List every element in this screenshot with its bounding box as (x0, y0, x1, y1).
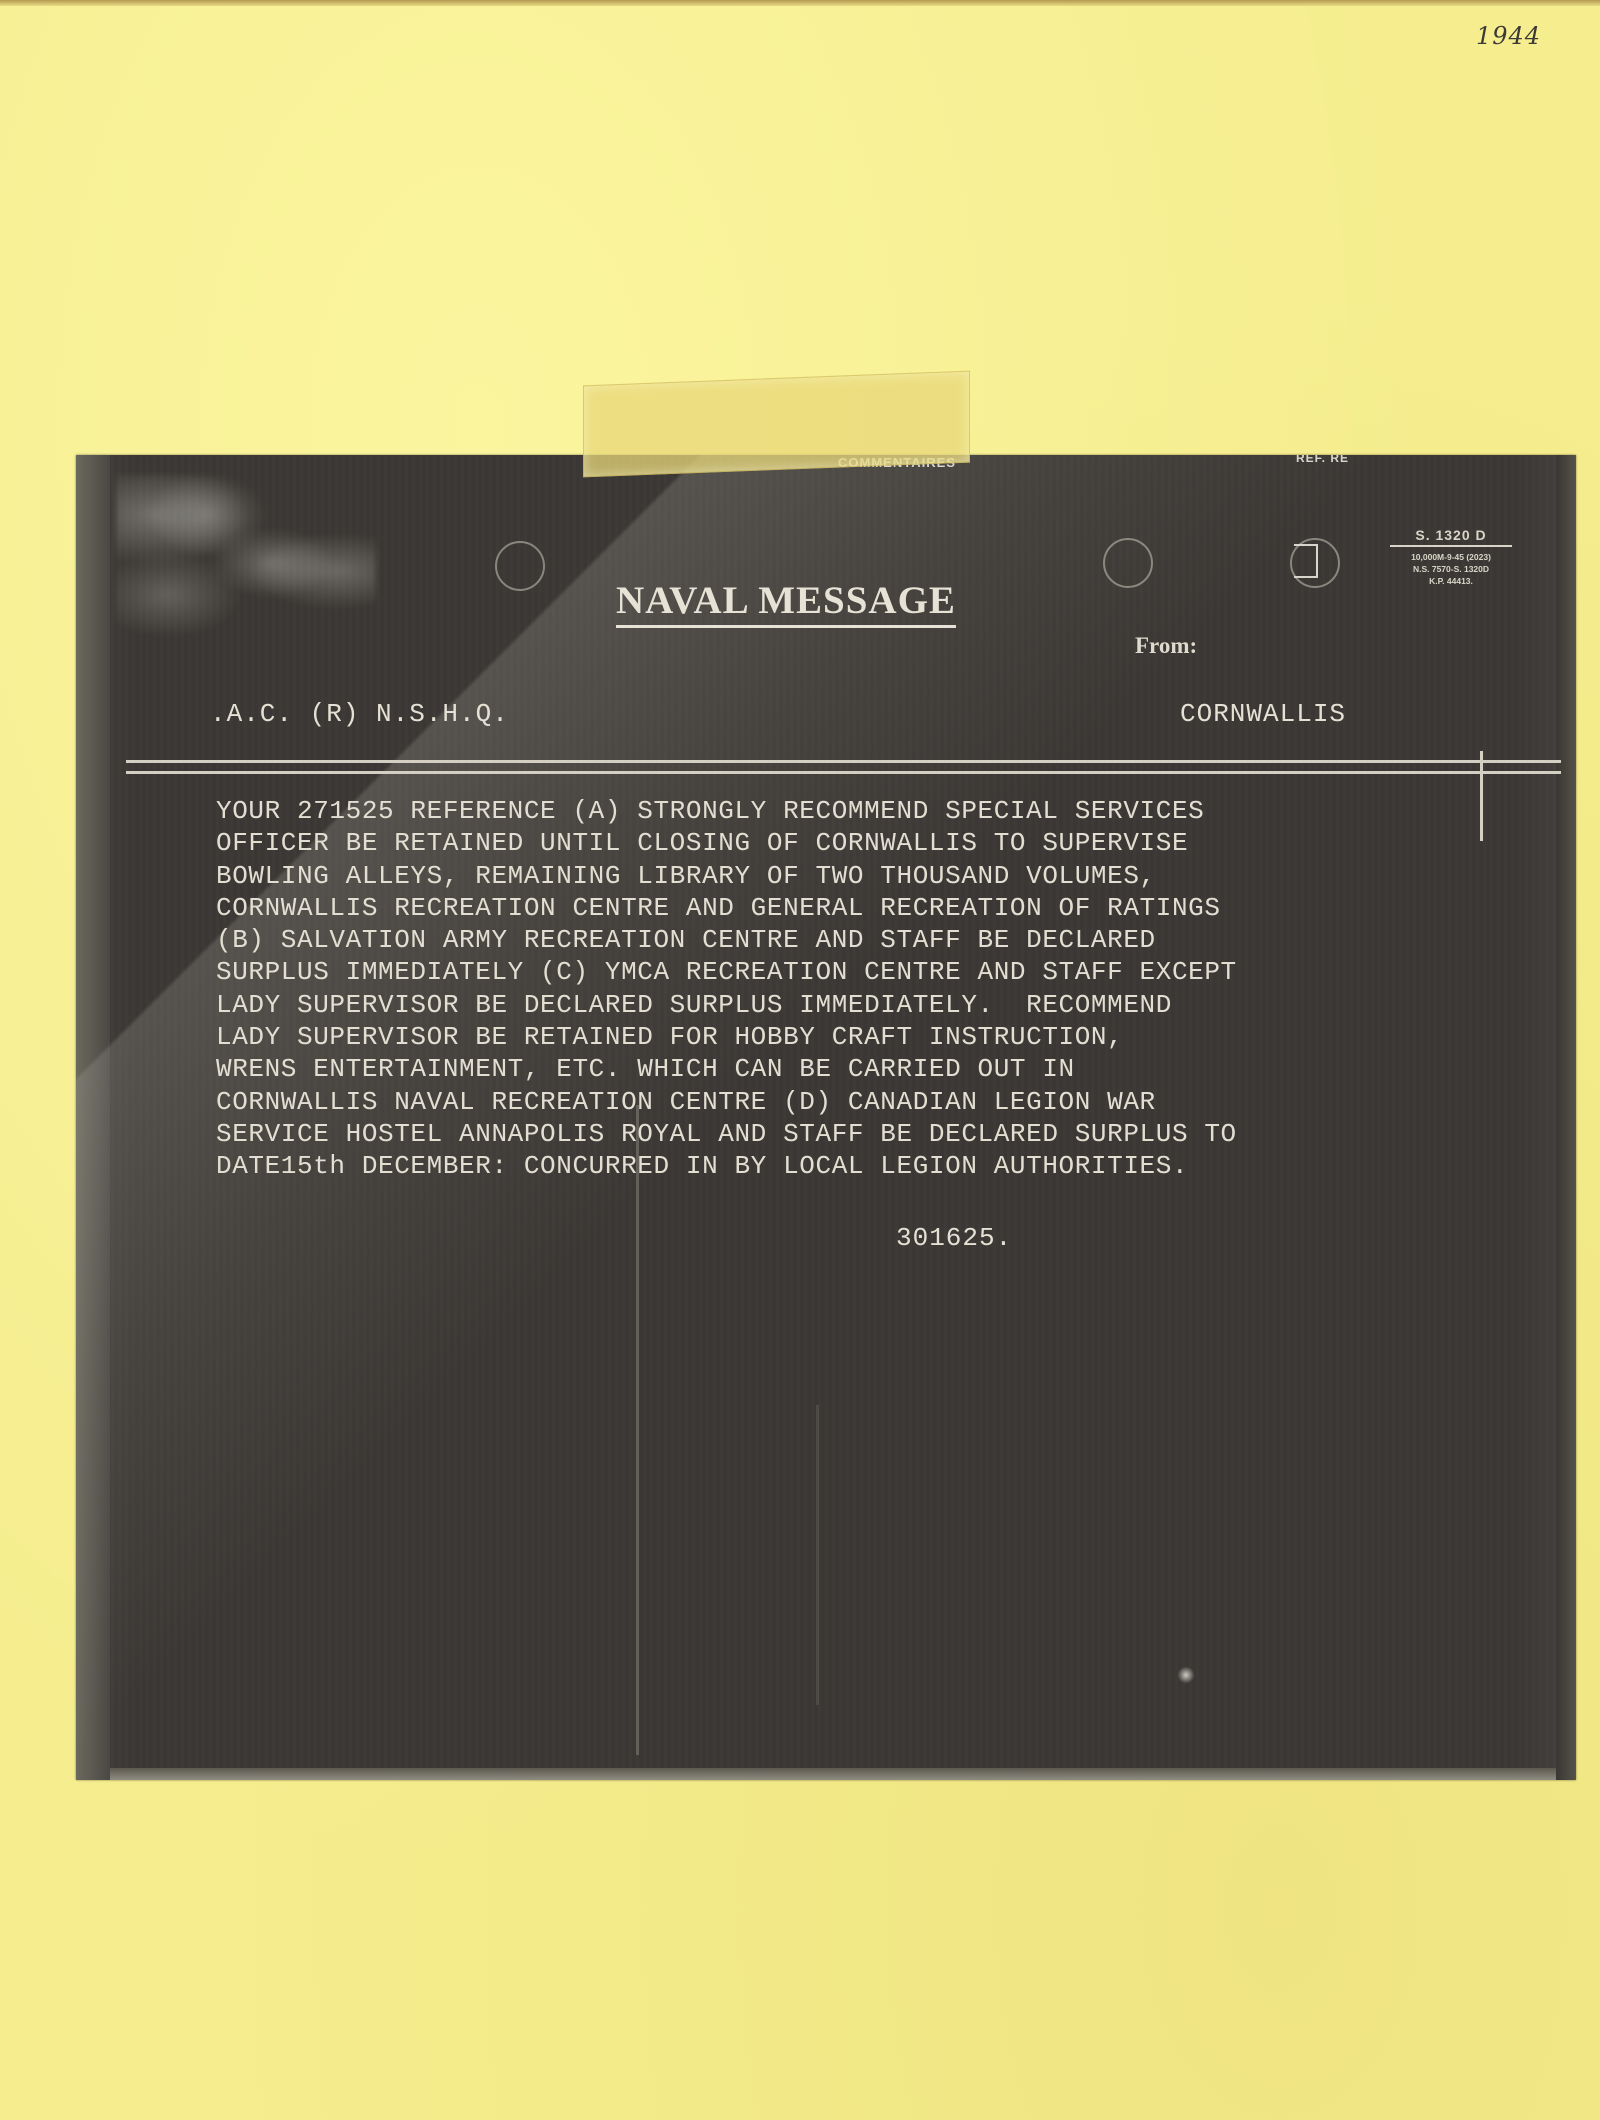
adhesive-tape (583, 371, 970, 478)
message-line: SURPLUS IMMEDIATELY (C) YMCA RECREATION … (216, 956, 1237, 988)
punch-hole-bracket-icon (1290, 538, 1340, 588)
message-line: (B) SALVATION ARMY RECREATION CENTRE AND… (216, 924, 1237, 956)
double-rule-divider (126, 760, 1561, 774)
photo-speck (1176, 1665, 1196, 1685)
message-line: LADY SUPERVISOR BE RETAINED FOR HOBBY CR… (216, 1021, 1237, 1053)
message-line: WRENS ENTERTAINMENT, ETC. WHICH CAN BE C… (216, 1053, 1237, 1085)
form-print-line: 10,000M-9-45 (2023) (1376, 551, 1526, 563)
naval-message-photostat: COMMENTAIRES REF. RE NAVAL MESSAGE S. 13… (76, 455, 1576, 1780)
message-line: SERVICE HOSTEL ANNAPOLIS ROYAL AND STAFF… (216, 1118, 1237, 1150)
blurred-background-characters (116, 475, 376, 635)
message-line: OFFICER BE RETAINED UNTIL CLOSING OF COR… (216, 827, 1237, 859)
photo-left-edge (76, 455, 110, 1780)
folder-top-edge (0, 0, 1600, 6)
message-body: YOUR 271525 REFERENCE (A) STRONGLY RECOM… (216, 795, 1237, 1183)
message-line: BOWLING ALLEYS, REMAINING LIBRARY OF TWO… (216, 860, 1237, 892)
photo-streak (636, 1105, 639, 1755)
form-print-line: K.P. 44413. (1376, 575, 1526, 587)
header-fragment-ref: REF. RE (1296, 455, 1349, 465)
from-address: CORNWALLIS (1180, 699, 1346, 729)
form-code: S. 1320 D (1390, 527, 1512, 547)
form-code-block: S. 1320 D 10,000M-9-45 (2023) N.S. 7570-… (1376, 527, 1526, 587)
message-line: YOUR 271525 REFERENCE (A) STRONGLY RECOM… (216, 795, 1237, 827)
punch-hole-icon (1103, 538, 1153, 588)
from-label: From: (1135, 633, 1197, 659)
handwritten-year: 1944 (1476, 22, 1541, 50)
photo-streak (816, 1405, 819, 1705)
margin-tick-mark (1480, 751, 1483, 841)
punch-hole-icon (495, 541, 545, 591)
form-title: NAVAL MESSAGE (616, 580, 956, 628)
message-line: LADY SUPERVISOR BE DECLARED SURPLUS IMME… (216, 989, 1237, 1021)
message-line: CORNWALLIS RECREATION CENTRE AND GENERAL… (216, 892, 1237, 924)
to-address: .A.C. (R) N.S.H.Q. (210, 699, 509, 729)
message-line: DATE15th DECEMBER: CONCURRED IN BY LOCAL… (216, 1150, 1237, 1182)
date-time-group: 301625. (896, 1223, 1012, 1253)
form-print-line: N.S. 7570-S. 1320D (1376, 563, 1526, 575)
photo-right-edge (1556, 455, 1576, 1780)
message-line: CORNWALLIS NAVAL RECREATION CENTRE (D) C… (216, 1086, 1237, 1118)
photo-bottom-edge (110, 1768, 1556, 1780)
